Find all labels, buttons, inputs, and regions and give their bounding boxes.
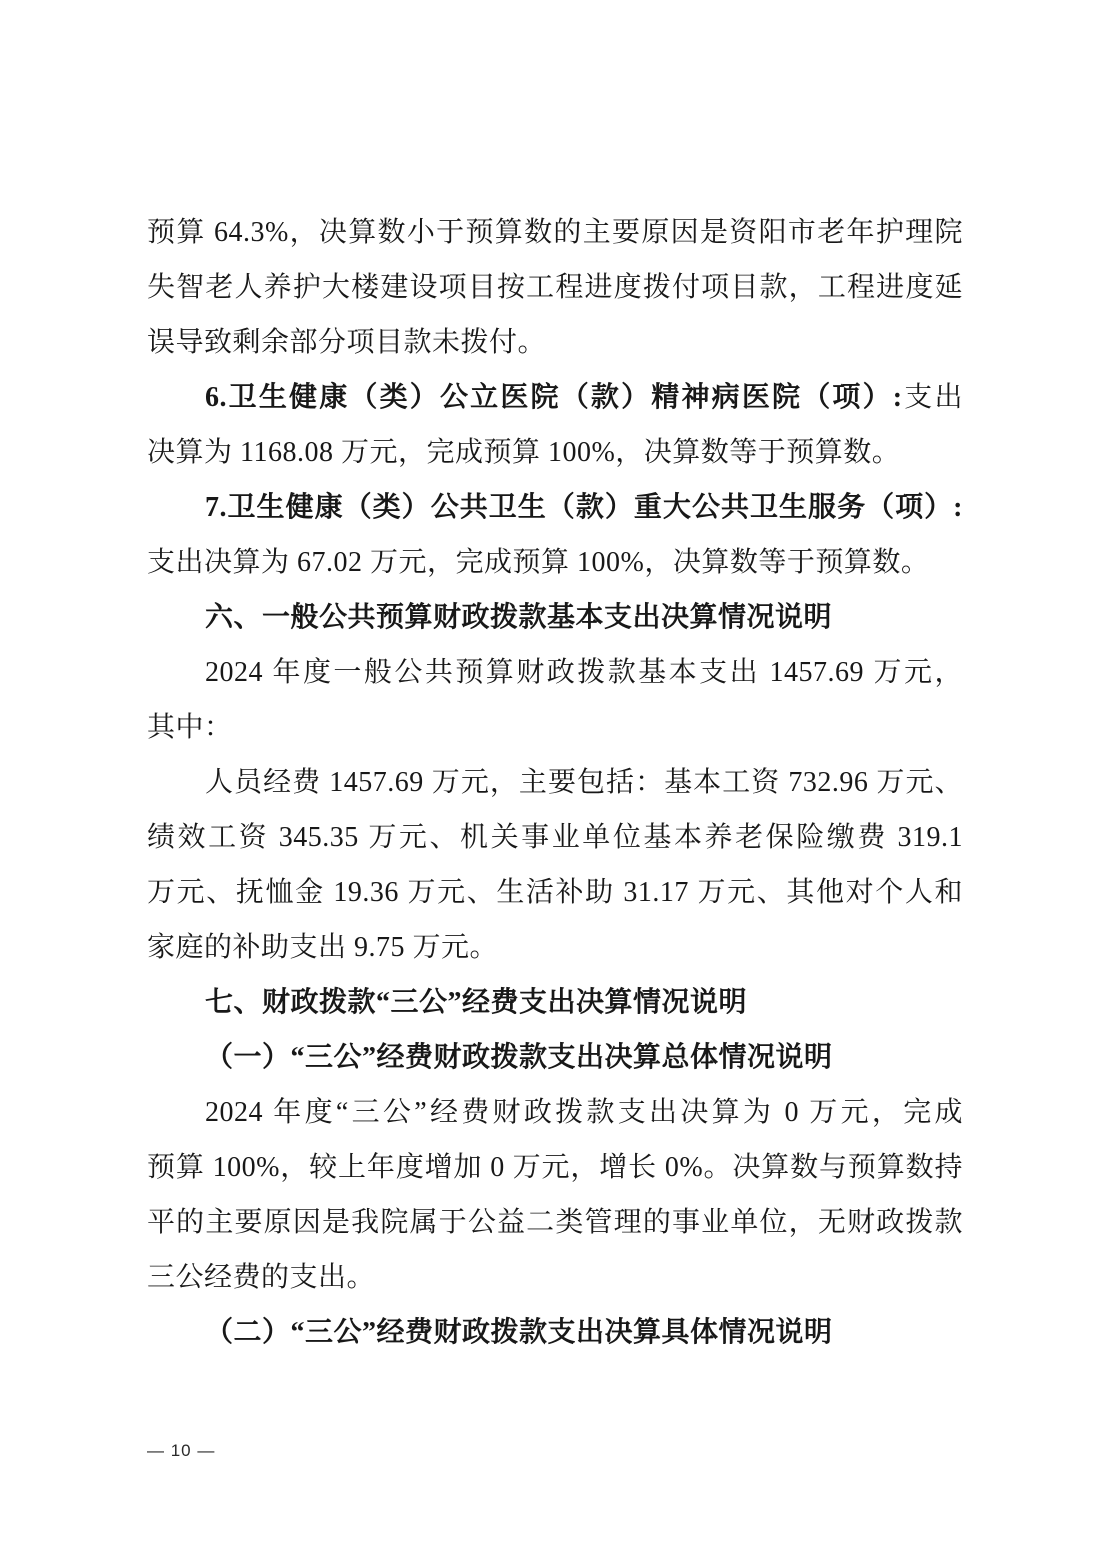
page-number: — 10 — <box>147 1440 215 1462</box>
text-line: 6.卫生健康（类）公立医院（款）精神病医院（项）:支出 <box>147 370 963 425</box>
body-text: 误导致剩余部分项目款未拨付。 <box>147 327 546 358</box>
text-line: 误导致剩余部分项目款未拨付。 <box>147 315 963 370</box>
heading-text: 7.卫生健康（类）公共卫生（款）重大公共卫生服务（项）: <box>205 492 963 523</box>
body-text: 预算 64.3%，决算数小于预算数的主要原因是资阳市老年护理院 <box>147 217 963 248</box>
heading-text: 七、财政拨款“三公”经费支出决算情况说明 <box>205 987 747 1018</box>
text-line: 7.卫生健康（类）公共卫生（款）重大公共卫生服务（项）: <box>147 480 963 535</box>
body-text: 预算 100%，较上年度增加 0 万元，增长 0%。决算数与预算数持 <box>147 1152 963 1183</box>
text-line: 决算为 1168.08 万元，完成预算 100%，决算数等于预算数。 <box>147 425 963 480</box>
text-line: 失智老人养护大楼建设项目按工程进度拨付项目款，工程进度延 <box>147 260 963 315</box>
text-line: 七、财政拨款“三公”经费支出决算情况说明 <box>147 975 963 1030</box>
text-line: （二）“三公”经费财政拨款支出决算具体情况说明 <box>147 1305 963 1360</box>
document-body: 预算 64.3%，决算数小于预算数的主要原因是资阳市老年护理院失智老人养护大楼建… <box>147 205 963 1360</box>
body-text: 支出决算为 67.02 万元，完成预算 100%，决算数等于预算数。 <box>147 547 929 578</box>
heading-text: 六、一般公共预算财政拨款基本支出决算情况说明 <box>205 602 832 633</box>
text-line: （一）“三公”经费财政拨款支出决算总体情况说明 <box>147 1030 963 1085</box>
text-line: 三公经费的支出。 <box>147 1250 963 1305</box>
body-text: 三公经费的支出。 <box>147 1262 375 1293</box>
heading-text: （一）“三公”经费财政拨款支出决算总体情况说明 <box>205 1042 833 1073</box>
text-line: 家庭的补助支出 9.75 万元。 <box>147 920 963 975</box>
body-text: 失智老人养护大楼建设项目按工程进度拨付项目款，工程进度延 <box>147 272 963 303</box>
body-text: 支出 <box>903 382 963 413</box>
text-line: 2024 年度一般公共预算财政拨款基本支出 1457.69 万元， <box>147 645 963 700</box>
body-text: 平的主要原因是我院属于公益二类管理的事业单位，无财政拨款 <box>147 1207 963 1238</box>
body-text: 人员经费 1457.69 万元，主要包括：基本工资 732.96 万元、 <box>205 767 963 798</box>
body-text: 万元、抚恤金 19.36 万元、生活补助 31.17 万元、其他对个人和 <box>147 877 963 908</box>
body-text: 绩效工资 345.35 万元、机关事业单位基本养老保险缴费 319.1 <box>147 822 963 853</box>
text-line: 六、一般公共预算财政拨款基本支出决算情况说明 <box>147 590 963 645</box>
text-line: 其中： <box>147 700 963 755</box>
text-line: 支出决算为 67.02 万元，完成预算 100%，决算数等于预算数。 <box>147 535 963 590</box>
body-text: 2024 年度一般公共预算财政拨款基本支出 1457.69 万元， <box>205 657 963 688</box>
text-line: 预算 64.3%，决算数小于预算数的主要原因是资阳市老年护理院 <box>147 205 963 260</box>
text-line: 绩效工资 345.35 万元、机关事业单位基本养老保险缴费 319.1 <box>147 810 963 865</box>
body-text: 其中： <box>147 712 233 743</box>
body-text: 家庭的补助支出 9.75 万元。 <box>147 932 498 963</box>
body-text: 决算为 1168.08 万元，完成预算 100%，决算数等于预算数。 <box>147 437 900 468</box>
text-line: 预算 100%，较上年度增加 0 万元，增长 0%。决算数与预算数持 <box>147 1140 963 1195</box>
document-page: 预算 64.3%，决算数小于预算数的主要原因是资阳市老年护理院失智老人养护大楼建… <box>0 0 1100 1555</box>
heading-text: 6.卫生健康（类）公立医院（款）精神病医院（项）: <box>205 382 903 413</box>
text-line: 2024 年度“三公”经费财政拨款支出决算为 0 万元，完成 <box>147 1085 963 1140</box>
heading-text: （二）“三公”经费财政拨款支出决算具体情况说明 <box>205 1317 833 1348</box>
body-text: 2024 年度“三公”经费财政拨款支出决算为 0 万元，完成 <box>205 1097 963 1128</box>
text-line: 万元、抚恤金 19.36 万元、生活补助 31.17 万元、其他对个人和 <box>147 865 963 920</box>
text-line: 平的主要原因是我院属于公益二类管理的事业单位，无财政拨款 <box>147 1195 963 1250</box>
text-line: 人员经费 1457.69 万元，主要包括：基本工资 732.96 万元、 <box>147 755 963 810</box>
